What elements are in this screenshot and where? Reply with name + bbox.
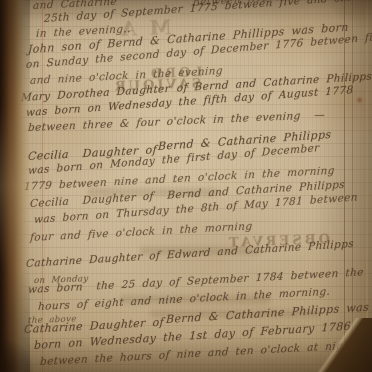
- manuscript-photo: M ALORDSAVIOUROBSERVAT and Catharinebetw…: [0, 0, 372, 372]
- photo-vignette: [0, 0, 372, 372]
